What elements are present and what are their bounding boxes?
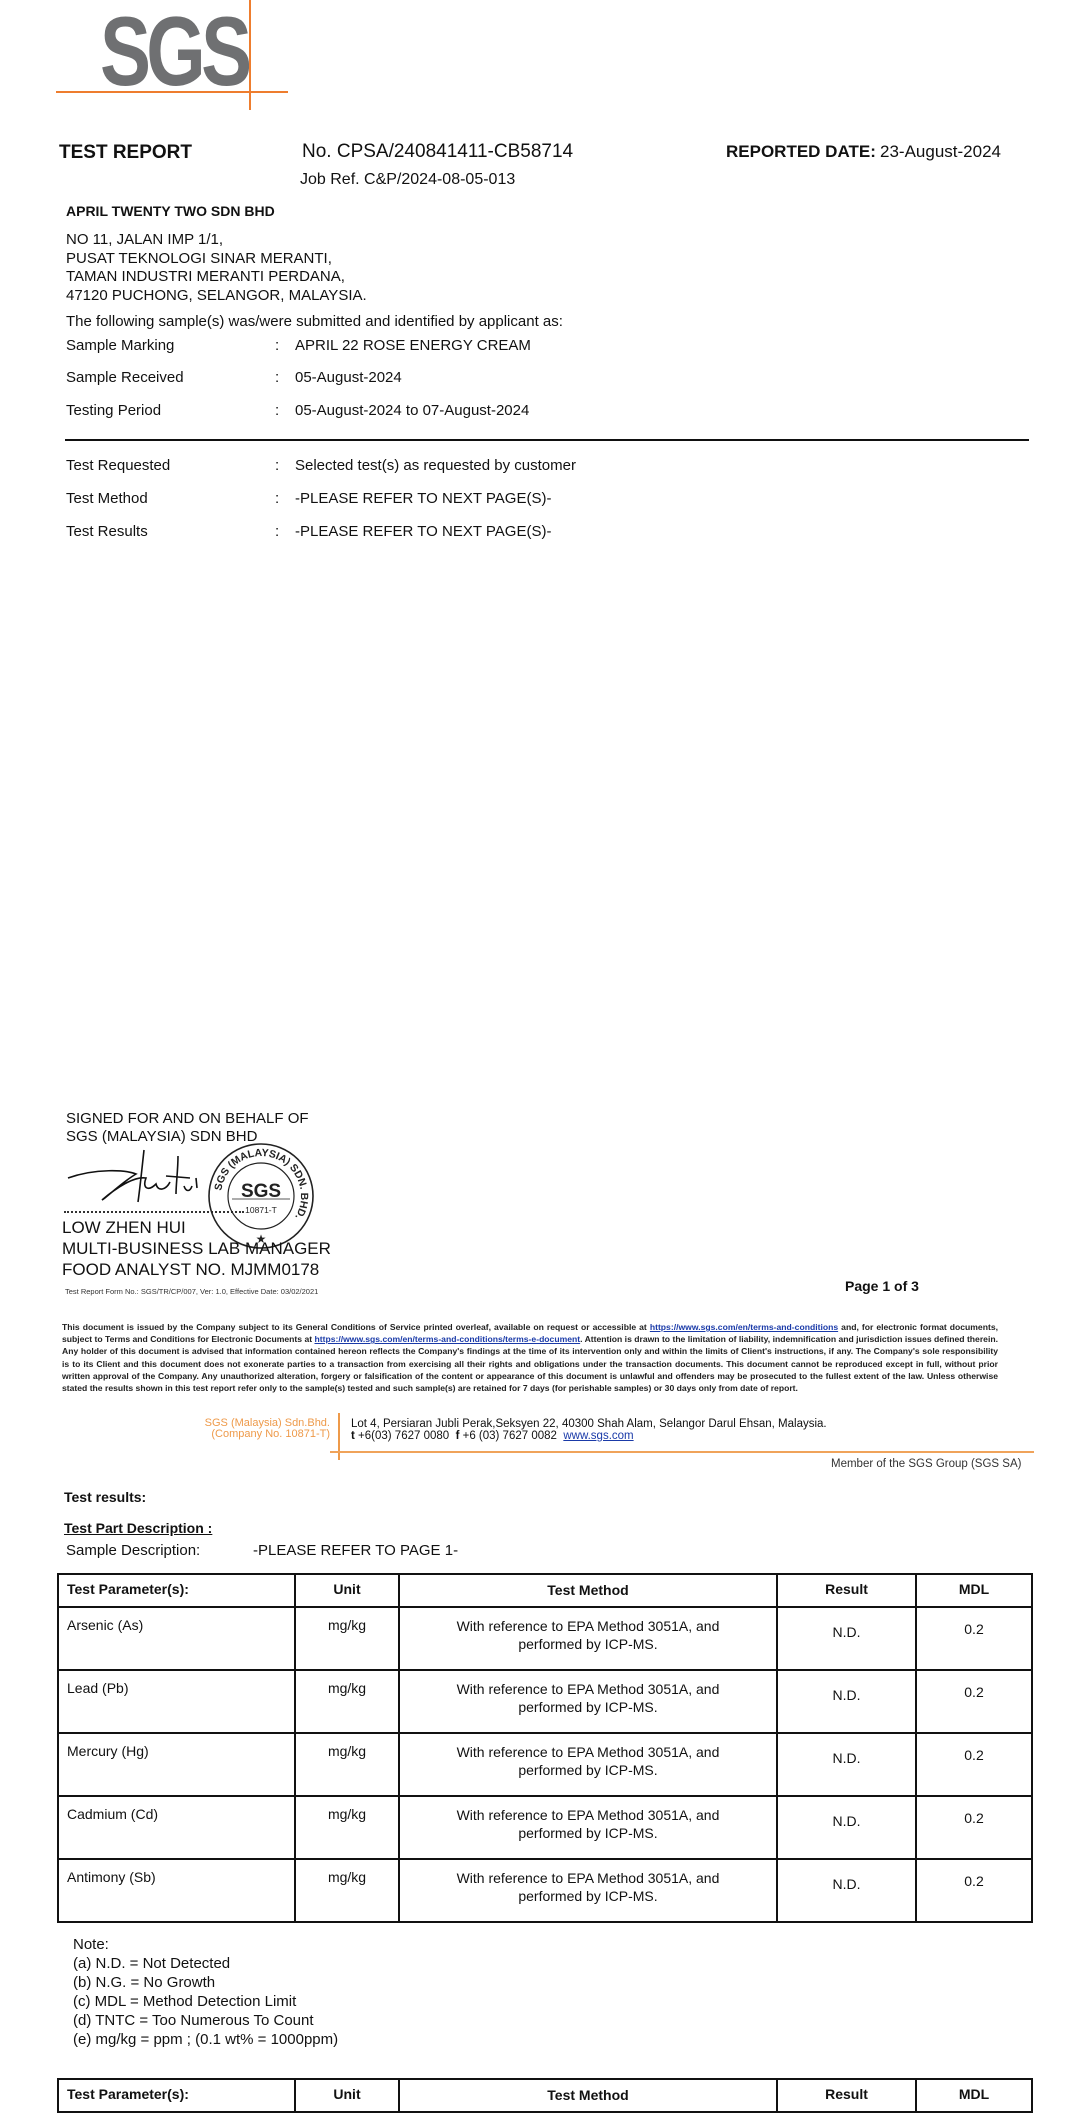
note-item: (b) N.G. = No Growth [73,1973,338,1992]
signer-analyst-no: FOOD ANALYST NO. MJMM0178 [62,1259,331,1280]
method-line: performed by ICP-MS. [400,1635,776,1653]
field-label: Test Method [66,490,148,507]
field-value: 05-August-2024 to 07-August-2024 [295,402,529,419]
cell-result: N.D. [777,1670,916,1733]
signed-line: SIGNED FOR AND ON BEHALF OF [66,1110,309,1128]
note-item: (a) N.D. = Not Detected [73,1954,338,1973]
sgs-logo: SGS [56,0,290,112]
company-number: (Company No. 10871-T) [150,1429,330,1440]
method-line: performed by ICP-MS. [400,1824,776,1842]
handwritten-signature [66,1148,216,1208]
address-line: NO 11, JALAN IMP 1/1, [66,231,367,250]
cell-test-method: With reference to EPA Method 3051A, andp… [399,1670,777,1733]
cell-parameter: Mercury (Hg) [58,1733,295,1796]
company-footer-name: SGS (Malaysia) Sdn.Bhd. (Company No. 108… [150,1418,330,1440]
field-value: APRIL 22 ROSE ENERGY CREAM [295,337,531,354]
method-line: With reference to EPA Method 3051A, and [400,1869,776,1887]
cell-unit: mg/kg [295,1607,399,1670]
method-line: performed by ICP-MS. [400,1887,776,1905]
tel-label: t [351,1430,355,1442]
field-value: Selected test(s) as requested by custome… [295,457,576,474]
field-label: Testing Period [66,402,161,419]
member-of-group: Member of the SGS Group (SGS SA) [831,1458,1021,1470]
note-item: (e) mg/kg = ppm ; (0.1 wt% = 1000ppm) [73,2030,338,2049]
table-row: Antimony (Sb)mg/kgWith reference to EPA … [58,1859,1032,1922]
signer-title: MULTI-BUSINESS LAB MANAGER [62,1238,331,1259]
reported-date: 23-August-2024 [880,142,1001,162]
reported-date-label: REPORTED DATE: [726,142,876,162]
page-indicator: Page 1 of 3 [845,1278,919,1294]
cell-unit: mg/kg [295,1796,399,1859]
logo-orange-vline [249,0,251,110]
notes-title: Note: [73,1935,338,1954]
signer-details: LOW ZHEN HUI MULTI-BUSINESS LAB MANAGER … [62,1217,331,1280]
method-line: With reference to EPA Method 3051A, and [400,1743,776,1761]
cell-parameter: Lead (Pb) [58,1670,295,1733]
website-link[interactable]: www.sgs.com [563,1430,633,1442]
field-colon: : [275,402,279,419]
header-unit: Unit [295,1574,399,1607]
header-result: Result [777,1574,916,1607]
method-line: With reference to EPA Method 3051A, and [400,1806,776,1824]
sample-description-value: -PLEASE REFER TO PAGE 1- [253,1542,458,1559]
cell-mdl: 0.2 [916,1733,1032,1796]
terms-conditions-link[interactable]: https://www.sgs.com/en/terms-and-conditi… [650,1322,838,1332]
table-header-row: Test Parameter(s): Unit Test Method Resu… [58,2079,1032,2112]
field-value: 05-August-2024 [295,369,402,386]
cell-result: N.D. [777,1859,916,1922]
svg-text:10871-T: 10871-T [245,1205,277,1215]
field-value: -PLEASE REFER TO NEXT PAGE(S)- [295,490,551,507]
header-mdl: MDL [916,2079,1032,2112]
cell-test-method: With reference to EPA Method 3051A, andp… [399,1796,777,1859]
field-label: Test Requested [66,457,170,474]
header-test-method: Test Method [399,1574,777,1607]
cell-unit: mg/kg [295,1859,399,1922]
sample-description-label: Sample Description: [66,1542,200,1559]
field-value: -PLEASE REFER TO NEXT PAGE(S)- [295,523,551,540]
field-colon: : [275,337,279,354]
note-item: (c) MDL = Method Detection Limit [73,1992,338,2011]
logo-orange-hline [56,91,288,93]
cell-mdl: 0.2 [916,1607,1032,1670]
table-row: Mercury (Hg)mg/kgWith reference to EPA M… [58,1733,1032,1796]
cell-unit: mg/kg [295,1670,399,1733]
field-colon: : [275,490,279,507]
address-line: PUSAT TEKNOLOGI SINAR MERANTI, [66,250,367,269]
form-number: Test Report Form No.: SGS/TR/CP/007, Ver… [65,1287,318,1296]
cell-mdl: 0.2 [916,1796,1032,1859]
cell-parameter: Arsenic (As) [58,1607,295,1670]
note-item: (d) TNTC = Too Numerous To Count [73,2011,338,2030]
section-divider [65,439,1029,441]
header-result: Result [777,2079,916,2112]
test-part-description-title: Test Part Description : [64,1520,212,1536]
report-title: TEST REPORT [59,142,192,164]
cell-result: N.D. [777,1796,916,1859]
field-label: Sample Marking [66,337,174,354]
table-row: Lead (Pb)mg/kgWith reference to EPA Meth… [58,1670,1032,1733]
fax-number: +6 (03) 7627 0082 [463,1430,557,1442]
method-line: With reference to EPA Method 3051A, and [400,1680,776,1698]
table-row: Cadmium (Cd)mg/kgWith reference to EPA M… [58,1796,1032,1859]
signer-name: LOW ZHEN HUI [62,1217,331,1238]
results-table: Test Parameter(s): Unit Test Method Resu… [57,1573,1033,1923]
intro-text: The following sample(s) was/were submitt… [66,313,563,330]
cell-parameter: Cadmium (Cd) [58,1796,295,1859]
table-row: Arsenic (As)mg/kgWith reference to EPA M… [58,1607,1032,1670]
next-results-table: Test Parameter(s): Unit Test Method Resu… [57,2078,1033,2113]
cell-test-method: With reference to EPA Method 3051A, andp… [399,1607,777,1670]
header-parameter: Test Parameter(s): [58,1574,295,1607]
table-header-row: Test Parameter(s): Unit Test Method Resu… [58,1574,1032,1607]
footer-orange-hline [330,1451,1034,1453]
client-name: APRIL TWENTY TWO SDN BHD [66,203,275,219]
fax-label: f [456,1430,460,1442]
company-footer-address: Lot 4, Persiaran Jubli Perak,Seksyen 22,… [351,1418,827,1442]
sgs-logo-text: SGS [100,2,247,100]
disclaimer-text: This document is issued by the Company s… [62,1322,650,1332]
notes: Note: (a) N.D. = Not Detected (b) N.G. =… [73,1935,338,2049]
field-colon: : [275,369,279,386]
method-line: With reference to EPA Method 3051A, and [400,1617,776,1635]
method-line: performed by ICP-MS. [400,1698,776,1716]
job-reference: Job Ref. C&P/2024-08-05-013 [300,171,515,189]
cell-test-method: With reference to EPA Method 3051A, andp… [399,1859,777,1922]
company-address: Lot 4, Persiaran Jubli Perak,Seksyen 22,… [351,1418,827,1430]
header-unit: Unit [295,2079,399,2112]
cell-result: N.D. [777,1733,916,1796]
cell-test-method: With reference to EPA Method 3051A, andp… [399,1733,777,1796]
cell-parameter: Antimony (Sb) [58,1859,295,1922]
cell-mdl: 0.2 [916,1859,1032,1922]
client-address: NO 11, JALAN IMP 1/1, PUSAT TEKNOLOGI SI… [66,231,367,305]
legal-disclaimer: This document is issued by the Company s… [62,1321,998,1394]
address-line: 47120 PUCHONG, SELANGOR, MALAYSIA. [66,287,367,306]
field-label: Sample Received [66,369,184,386]
header-test-method: Test Method [399,2079,777,2112]
cell-unit: mg/kg [295,1733,399,1796]
address-line: TAMAN INDUSTRI MERANTI PERDANA, [66,268,367,287]
field-colon: : [275,457,279,474]
test-results-title: Test results: [64,1489,146,1505]
field-label: Test Results [66,523,148,540]
method-line: performed by ICP-MS. [400,1761,776,1779]
cell-result: N.D. [777,1607,916,1670]
header-mdl: MDL [916,1574,1032,1607]
header-parameter: Test Parameter(s): [58,2079,295,2112]
report-number: No. CPSA/240841411-CB58714 [302,141,573,163]
field-colon: : [275,523,279,540]
cell-mdl: 0.2 [916,1670,1032,1733]
company-contact: t +6(03) 7627 0080 f +6 (03) 7627 0082 w… [351,1430,827,1442]
terms-e-document-link[interactable]: https://www.sgs.com/en/terms-and-conditi… [314,1334,580,1344]
tel-number: +6(03) 7627 0080 [358,1430,449,1442]
